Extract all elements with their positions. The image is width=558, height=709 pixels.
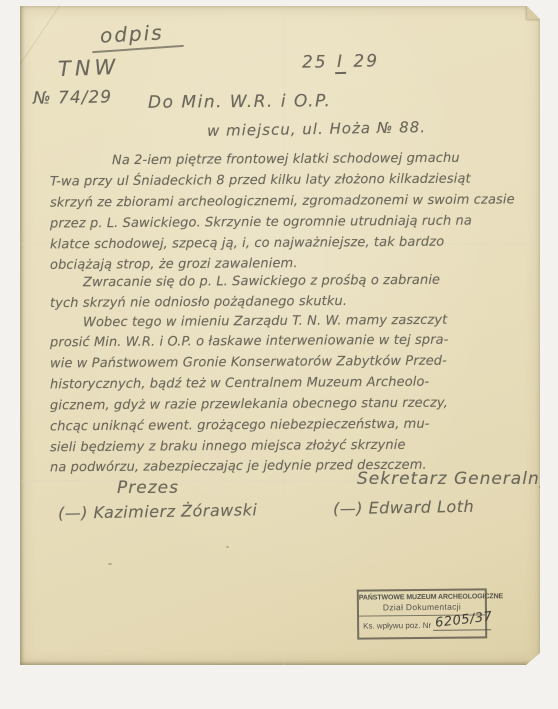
- body-line: Wobec tego w imieniu Zarządu T. N. W. ma…: [83, 313, 447, 331]
- body-line: gicznem, gdyż w razie przewlekania obecn…: [50, 396, 448, 414]
- body-line: Na 2-iem piętrze frontowej klatki schodo…: [112, 151, 460, 168]
- stamp-dept-line: Dział Dokumentacji: [359, 601, 485, 612]
- stamp-entry-label: Ks. wpływu poz. Nr: [363, 621, 431, 631]
- body-line: historycznych, bądź też w Centralnem Muz…: [50, 375, 429, 393]
- body-line: T-wa przy ul Śniadeckich 8 przed kilku l…: [50, 172, 471, 190]
- body-line: skrzyń ze zbiorami archeologicznemi, zgr…: [50, 192, 515, 210]
- paper-speck: [108, 563, 112, 565]
- body-line: prosić Min. W.R. i O.P. o łaskawe interw…: [50, 333, 449, 351]
- recipient-place: w miejscu, ul. Hoża № 88.: [207, 118, 426, 140]
- diagonal-crease: [16, 4, 60, 69]
- body-line: klatce schodowej, szpecą ją, i, co najwa…: [50, 235, 444, 253]
- date-month-roman: I: [335, 52, 346, 74]
- signature-left-name: (—) Kazimierz Żórawski: [58, 500, 258, 522]
- body-line: chcąc uniknąć ewent. grożącego niebezpie…: [50, 417, 430, 435]
- signature-left-title: Prezes: [117, 478, 179, 498]
- archive-stamp: PAŃSTWOWE MUZEUM ARCHEOLOGICZNE Dział Do…: [357, 588, 488, 639]
- body-line: obciążają strop, że grozi zawaleniem.: [50, 256, 298, 273]
- letter-date: 25 I 29: [302, 51, 379, 72]
- signature-right-title: Sekretarz Generalny: [357, 469, 551, 489]
- date-year: 29: [353, 51, 379, 71]
- reference-number: № 74/29: [33, 87, 112, 108]
- reference-org: TNW: [58, 55, 120, 81]
- stamp-number-underline: [433, 629, 491, 631]
- body-line: Zwracanie się do p. L. Sawickiego z proś…: [83, 273, 440, 290]
- stamp-org-line: PAŃSTWOWE MUZEUM ARCHEOLOGICZNE: [359, 593, 485, 601]
- paper-sheet: odpis 25 I 29 TNW № 74/29 Do Min. W.R. i…: [20, 6, 540, 665]
- body-line: tych skrzyń nie odniosło pożądanego skut…: [50, 294, 347, 311]
- paper-speck: [226, 546, 229, 548]
- recipient-line: Do Min. W.R. i O.P.: [148, 91, 332, 113]
- date-day: 25: [302, 52, 328, 72]
- annotation-odpis: odpis: [99, 20, 164, 47]
- body-line: wie w Państwowem Gronie Konserwatorów Za…: [50, 354, 447, 372]
- corner-fold: [527, 6, 540, 19]
- body-line: sieli będziemy z braku innego miejsca zł…: [50, 438, 406, 455]
- scanned-letter-page: { "doc": { "annotation": "odpis", "date"…: [0, 0, 558, 709]
- stamp-entry-number: 6205/37: [434, 609, 493, 631]
- body-line: przez p. L. Sawickiego. Skrzynie te ogro…: [50, 214, 472, 232]
- signature-right-name: (—) Edward Loth: [333, 497, 474, 518]
